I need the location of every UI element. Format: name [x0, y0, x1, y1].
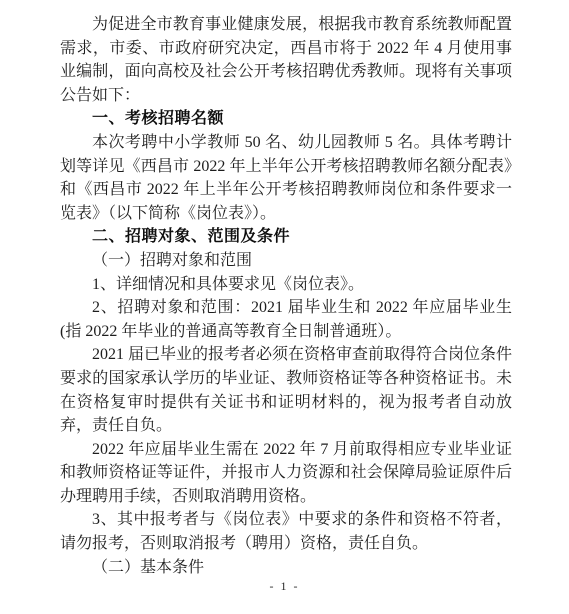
paragraph: 为促进全市教育事业健康发展，根据我市教育系统教师配置需求，市委、市政府研究决定，…	[60, 13, 512, 107]
paragraph: 本次考聘中小学教师 50 名、幼儿园教师 5 名。具体考聘计划等详见《西昌市 2…	[60, 131, 512, 225]
section-heading: 一、考核招聘名额	[60, 107, 512, 131]
page-number: - 1 -	[0, 579, 569, 594]
document-body: 为促进全市教育事业健康发展，根据我市教育系统教师配置需求，市委、市政府研究决定，…	[60, 13, 512, 579]
paragraph: （二）基本条件	[60, 556, 512, 580]
paragraph: 2022 年应届毕业生需在 2022 年 7 月前取得相应专业毕业证和教师资格证…	[60, 438, 512, 509]
paragraph: 2、招聘对象和范围：2021 届毕业生和 2022 年应届毕业生 (指 2022…	[60, 296, 512, 343]
section-heading: 二、招聘对象、范围及条件	[60, 225, 512, 249]
paragraph: （一）招聘对象和范围	[60, 249, 512, 273]
paragraph: 1、详细情况和具体要求见《岗位表》。	[60, 273, 512, 297]
paragraph: 3、其中报考者与《岗位表》中要求的条件和资格不符者，请勿报考，否则取消报考（聘用…	[60, 508, 512, 555]
document-page: 为促进全市教育事业健康发展，根据我市教育系统教师配置需求，市委、市政府研究决定，…	[0, 0, 569, 614]
paragraph: 2021 届已毕业的报考者必须在资格审查前取得符合岗位条件要求的国家承认学历的毕…	[60, 343, 512, 437]
